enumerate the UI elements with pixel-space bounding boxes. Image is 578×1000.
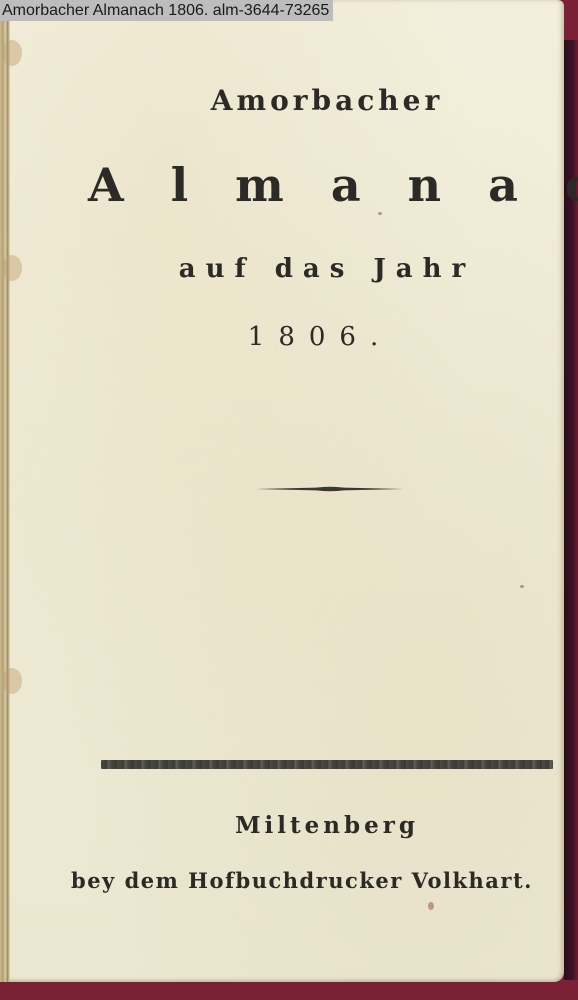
imprint-city: Miltenberg	[0, 812, 564, 839]
paper-speck	[520, 585, 524, 588]
title-line-amorbacher: Amorbacher	[0, 84, 564, 117]
title-line-year: 1806.	[0, 322, 564, 352]
imprint-printer: bey dem Hofbuchdrucker Volkhart.	[0, 868, 564, 893]
binding-stain	[2, 40, 22, 66]
title-line-auf-das-jahr: auf das Jahr	[0, 254, 564, 284]
binding-stain	[2, 668, 22, 694]
image-caption: Amorbacher Almanach 1806. alm-3644-73265	[0, 0, 333, 21]
title-line-almanach: Almanach	[88, 158, 578, 212]
title-page: Amorbacher Almanach auf das Jahr 1806. M…	[0, 0, 564, 982]
paper-speck	[378, 212, 382, 215]
paper-speck	[428, 902, 434, 910]
divider-rule	[101, 760, 553, 769]
ornament-rule	[256, 486, 404, 492]
